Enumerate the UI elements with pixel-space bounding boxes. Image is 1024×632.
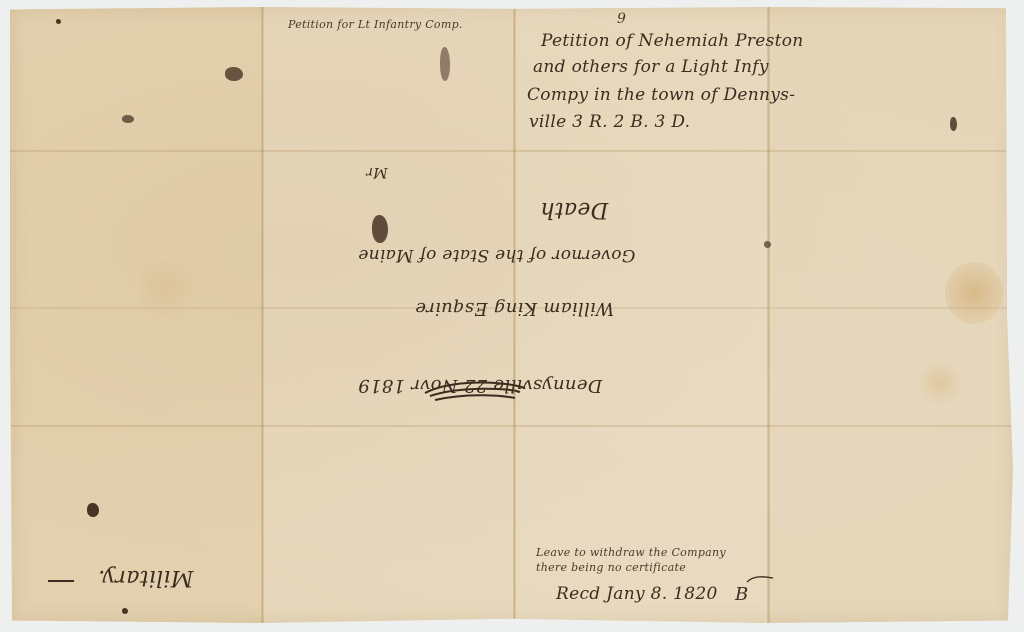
docket-note-line: Leave to withdraw the Company	[536, 546, 726, 559]
docket-line: and others for a Light Infy	[533, 56, 769, 79]
vertical-fold	[261, 7, 264, 623]
clerk-initial: B	[735, 584, 749, 605]
docket-line: Compy in the town of Dennys-	[527, 84, 795, 107]
military-label: Military.	[98, 565, 193, 590]
initial-flourish-icon	[745, 572, 775, 586]
ink-spot	[225, 67, 243, 81]
water-stain	[945, 262, 1003, 324]
ink-spot	[122, 608, 128, 614]
ink-spot	[950, 117, 957, 131]
docket-number: 9	[617, 11, 626, 27]
address-line: Governor of the State of Maine	[358, 245, 635, 265]
ink-spot	[56, 19, 61, 24]
horizontal-fold	[10, 425, 1013, 427]
ink-spot	[764, 241, 771, 248]
horizontal-fold	[10, 150, 1013, 152]
ink-blot	[372, 215, 388, 243]
received-date: Recd Jany 8. 1820	[556, 584, 718, 604]
fold-panel-1	[10, 7, 262, 623]
docket-note-line: there being no certificate	[536, 561, 686, 574]
address-margin-note: Mr	[366, 164, 388, 180]
water-stain	[915, 362, 965, 404]
docket-line: Petition of Nehemiah Preston	[541, 30, 804, 53]
ink-spot	[87, 503, 99, 517]
docket-short-title: Petition for Lt Infantry Comp.	[288, 18, 463, 31]
address-line: Death	[540, 197, 608, 222]
ink-spot	[122, 115, 134, 123]
dash-mark	[48, 580, 74, 582]
water-stain	[130, 257, 200, 317]
ink-smudge	[440, 47, 450, 81]
ink-flourish-icon	[420, 378, 530, 408]
address-line: William King Esquire	[415, 298, 614, 319]
docket-line: ville 3 R. 2 B. 3 D.	[529, 111, 690, 134]
